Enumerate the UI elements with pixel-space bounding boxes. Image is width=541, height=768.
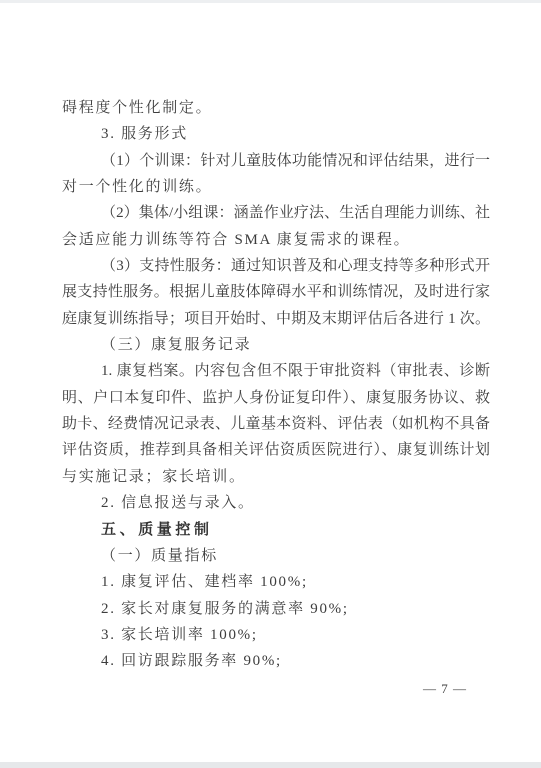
scan-edge-top	[0, 0, 541, 3]
text-line: （2）集体/小组课：涵盖作业疗法、生活自理能力训练、社	[62, 200, 490, 226]
text-line: （3）支持性服务：通过知识普及和心理支持等多种形式开	[62, 253, 490, 279]
text-line: 3. 家长培训率 100%;	[62, 622, 490, 648]
document-body: 碍程度个性化制定。3. 服务形式（1）个训课：针对儿童肢体功能情况和评估结果，进…	[62, 95, 490, 675]
text-line: 1. 康复档案。内容包含但不限于审批资料（审批表、诊断证	[62, 358, 490, 384]
document-page: 碍程度个性化制定。3. 服务形式（1）个训课：针对儿童肢体功能情况和评估结果，进…	[0, 0, 541, 768]
text-line: 1. 康复评估、建档率 100%;	[62, 569, 490, 595]
text-line: 2. 信息报送与录入。	[62, 490, 490, 516]
text-line: 会适应能力训练等符合 SMA 康复需求的课程。	[62, 227, 490, 253]
text-line: 评估资质，推荐到具备相关评估资质医院进行）、康复训练计划	[62, 437, 490, 463]
text-line: 五、质量控制	[62, 517, 490, 543]
text-line: 2. 家长对康复服务的满意率 90%;	[62, 596, 490, 622]
text-line: （1）个训课：针对儿童肢体功能情况和评估结果，进行一	[62, 148, 490, 174]
text-line: 助卡、经费情况记录表、儿童基本资料、评估表（如机构不具备	[62, 411, 490, 437]
scan-edge-bottom	[0, 762, 541, 768]
text-line: 展支持性服务。根据儿童肢体障碍水平和训练情况，及时进行家	[62, 279, 490, 305]
text-line: 4. 回访跟踪服务率 90%;	[62, 648, 490, 674]
text-line: 庭康复训练指导；项目开始时、中期及末期评估后各进行 1 次。	[62, 306, 490, 332]
text-line: 对一个性化的训练。	[62, 174, 490, 200]
text-line: （一）质量指标	[62, 543, 490, 569]
page-number: — 7 —	[423, 681, 467, 697]
text-line: （三）康复服务记录	[62, 332, 490, 358]
text-line: 明、户口本复印件、监护人身份证复印件）、康复服务协议、救	[62, 385, 490, 411]
text-line: 与实施记录；家长培训。	[62, 464, 490, 490]
text-line: 碍程度个性化制定。	[62, 95, 490, 121]
text-line: 3. 服务形式	[62, 121, 490, 147]
